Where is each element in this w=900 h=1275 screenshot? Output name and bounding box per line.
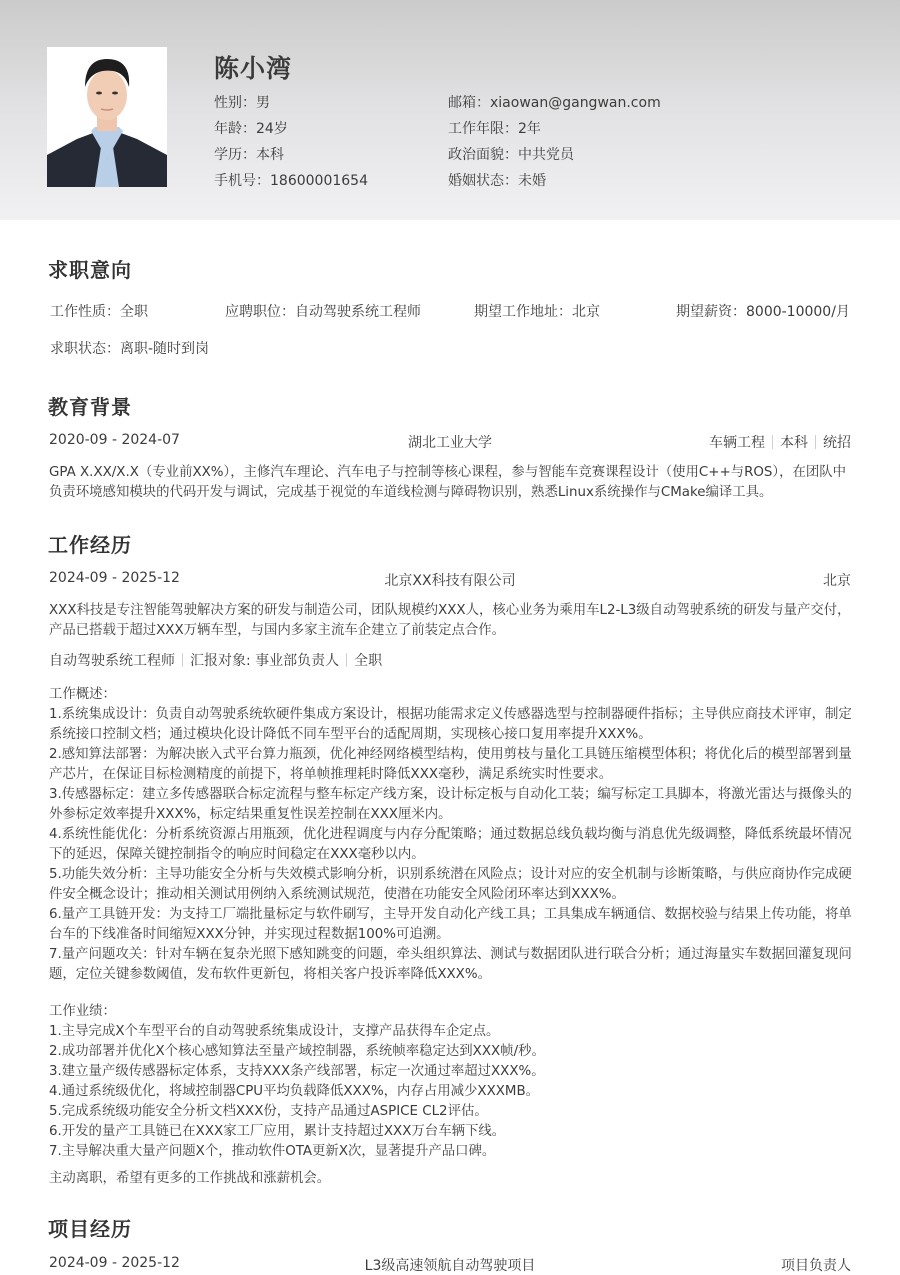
profile-header: 陈小湾 性别：男 年龄：24岁 学历：本科 手机号：18600001654 邮箱…: [0, 0, 900, 220]
divider: [346, 653, 347, 667]
info-label: 婚姻状态：: [448, 173, 518, 189]
info-value: 24岁: [256, 121, 288, 137]
intent-value: 离职-随时到岗: [120, 341, 209, 357]
info-label: 手机号：: [214, 173, 270, 189]
info-label: 工作年限：: [448, 121, 518, 137]
project-name: L3级高速领航自动驾驶项目: [49, 1255, 851, 1275]
info-value: 中共党员: [518, 147, 574, 163]
company-description: XXX科技是专注智能驾驶解决方案的研发与制造公司，团队规模约XXX人，核心业务为…: [49, 601, 854, 641]
intent-salary: 期望薪资：8000-10000/月: [676, 301, 850, 321]
work-overview-item: 5.功能失效分析：主导功能安全分析与失效模式影响分析，识别系统潜在风险点；设计对…: [49, 865, 854, 905]
project-section: 项目经历: [48, 1213, 852, 1242]
work-achievement-item: 5.完成系统级功能安全分析文档XXX份，支持产品通过ASPICE CL2评估。: [49, 1102, 854, 1122]
info-age: 年龄：24岁: [214, 118, 368, 144]
work-overview-item: 1.系统集成设计：负责自动驾驶系统软硬件集成方案设计，根据功能需求定义传感器选型…: [49, 705, 854, 745]
info-value: 男: [256, 95, 270, 111]
job-intent-section: 求职意向: [48, 254, 852, 283]
intent-value: 8000-10000/月: [746, 304, 850, 320]
education-major: 车辆工程: [709, 435, 765, 451]
work-achievement-item: 3.建立量产级传感器标定体系，支持XXX条产线部署，标定一次通过率超过XXX%。: [49, 1062, 854, 1082]
work-overview-item: 2.感知算法部署：为解决嵌入式平台算力瓶颈，优化神经网络模型结构，使用剪枝与量化…: [49, 745, 854, 785]
intent-status: 求职状态：离职-随时到岗: [50, 338, 209, 358]
info-label: 性别：: [214, 95, 256, 111]
education-section: 教育背景: [48, 391, 852, 420]
project-role: 项目负责人: [781, 1255, 851, 1275]
info-label: 学历：: [214, 147, 256, 163]
work-overview: 工作概述： 1.系统集成设计：负责自动驾驶系统软硬件集成方案设计，根据功能需求定…: [49, 685, 854, 985]
work-company: 北京XX科技有限公司: [49, 570, 851, 590]
intent-value: 自动驾驶系统工程师: [295, 304, 421, 320]
info-work-years: 工作年限：2年: [448, 118, 661, 144]
section-title-job-intent: 求职意向: [48, 254, 852, 283]
info-value: xiaowan@gangwan.com: [490, 95, 661, 111]
work-overview-item: 6.量产工具链开发：为支持工厂端批量标定与软件刷写，主导开发自动化产线工具；工具…: [49, 905, 854, 945]
education-header-row: 2020-09 - 2024-07 湖北工业大学 车辆工程本科统招: [49, 432, 851, 454]
leave-reason: 主动离职，希望有更多的工作挑战和涨薪机会。: [49, 1169, 854, 1189]
info-email: 邮箱：xiaowan@gangwan.com: [448, 92, 661, 118]
intent-location: 期望工作地址：北京: [474, 301, 600, 321]
work-role: 自动驾驶系统工程师: [49, 653, 175, 669]
work-achievement-item: 7.主导解决重大量产问题X个，推动软件OTA更新X次，显著提升产品口碑。: [49, 1142, 854, 1162]
work-overview-title: 工作概述：: [49, 685, 854, 705]
info-label: 邮箱：: [448, 95, 490, 111]
avatar-photo: [47, 47, 167, 187]
work-header-row: 2024-09 - 2025-12 北京XX科技有限公司 北京: [49, 570, 851, 592]
intent-job-type: 工作性质：全职: [50, 301, 148, 321]
project-header-row: 2024-09 - 2025-12 L3级高速领航自动驾驶项目 项目负责人: [49, 1255, 851, 1275]
intent-value: 北京: [572, 304, 600, 320]
intent-label: 期望工作地址：: [474, 304, 572, 320]
info-marital-status: 婚姻状态：未婚: [448, 170, 661, 196]
info-label: 政治面貌：: [448, 147, 518, 163]
work-overview-item: 3.传感器标定：建立多传感器联合标定流程与整车标定产线方案，设计标定板与自动化工…: [49, 785, 854, 825]
info-value: 本科: [256, 147, 284, 163]
info-education: 学历：本科: [214, 144, 368, 170]
section-title-project: 项目经历: [48, 1213, 852, 1242]
education-tags: 车辆工程本科统招: [709, 432, 851, 452]
info-value: 未婚: [518, 173, 546, 189]
basic-info-right: 邮箱：xiaowan@gangwan.com 工作年限：2年 政治面貌：中共党员…: [448, 92, 661, 196]
work-achievement-item: 1.主导完成X个车型平台的自动驾驶系统集成设计，支撑产品获得车企定点。: [49, 1022, 854, 1042]
work-achievement-item: 2.成功部署并优化X个核心感知算法至量产域控制器，系统帧率稳定达到XXX帧/秒。: [49, 1042, 854, 1062]
divider: [772, 435, 773, 449]
work-report-to: 汇报对象: 事业部负责人: [190, 653, 339, 669]
info-gender: 性别：男: [214, 92, 368, 118]
education-description: GPA X.XX/X.X（专业前XX%），主修汽车理论、汽车电子与控制等核心课程…: [49, 463, 854, 503]
work-overview-item: 4.系统性能优化：分析系统资源占用瓶颈，优化进程调度与内存分配策略；通过数据总线…: [49, 825, 854, 865]
person-portrait-icon: [47, 47, 167, 187]
work-achievements: 工作业绩： 1.主导完成X个车型平台的自动驾驶系统集成设计，支撑产品获得车企定点…: [49, 1002, 854, 1162]
education-degree: 本科: [780, 435, 808, 451]
education-enrollment-type: 统招: [823, 435, 851, 451]
work-location: 北京: [823, 570, 851, 590]
intent-position: 应聘职位：自动驾驶系统工程师: [225, 301, 421, 321]
intent-value: 全职: [120, 304, 148, 320]
work-overview-item: 7.量产问题攻关：针对车辆在复杂光照下感知跳变的问题，牵头组织算法、测试与数据团…: [49, 945, 854, 985]
basic-info-left: 性别：男 年龄：24岁 学历：本科 手机号：18600001654: [214, 92, 368, 196]
info-label: 年龄：: [214, 121, 256, 137]
work-achievement-item: 6.开发的量产工具链已在XXX家工厂应用，累计支持超过XXX万台车辆下线。: [49, 1122, 854, 1142]
work-achievement-item: 4.通过系统级优化，将域控制器CPU平均负载降低XXX%，内存占用减少XXXMB…: [49, 1082, 854, 1102]
intent-label: 期望薪资：: [676, 304, 746, 320]
info-value: 18600001654: [270, 173, 368, 189]
work-employment-type: 全职: [354, 653, 382, 669]
intent-label: 求职状态：: [50, 341, 120, 357]
work-section: 工作经历: [48, 529, 852, 558]
divider: [815, 435, 816, 449]
intent-label: 应聘职位：: [225, 304, 295, 320]
info-phone: 手机号：18600001654: [214, 170, 368, 196]
info-political-status: 政治面貌：中共党员: [448, 144, 661, 170]
intent-label: 工作性质：: [50, 304, 120, 320]
divider: [182, 653, 183, 667]
candidate-name: 陈小湾: [214, 49, 292, 85]
section-title-work: 工作经历: [48, 529, 852, 558]
work-tags: 自动驾驶系统工程师汇报对象: 事业部负责人全职: [49, 650, 382, 670]
section-title-education: 教育背景: [48, 391, 852, 420]
info-value: 2年: [518, 121, 541, 137]
work-achievements-title: 工作业绩：: [49, 1002, 854, 1022]
